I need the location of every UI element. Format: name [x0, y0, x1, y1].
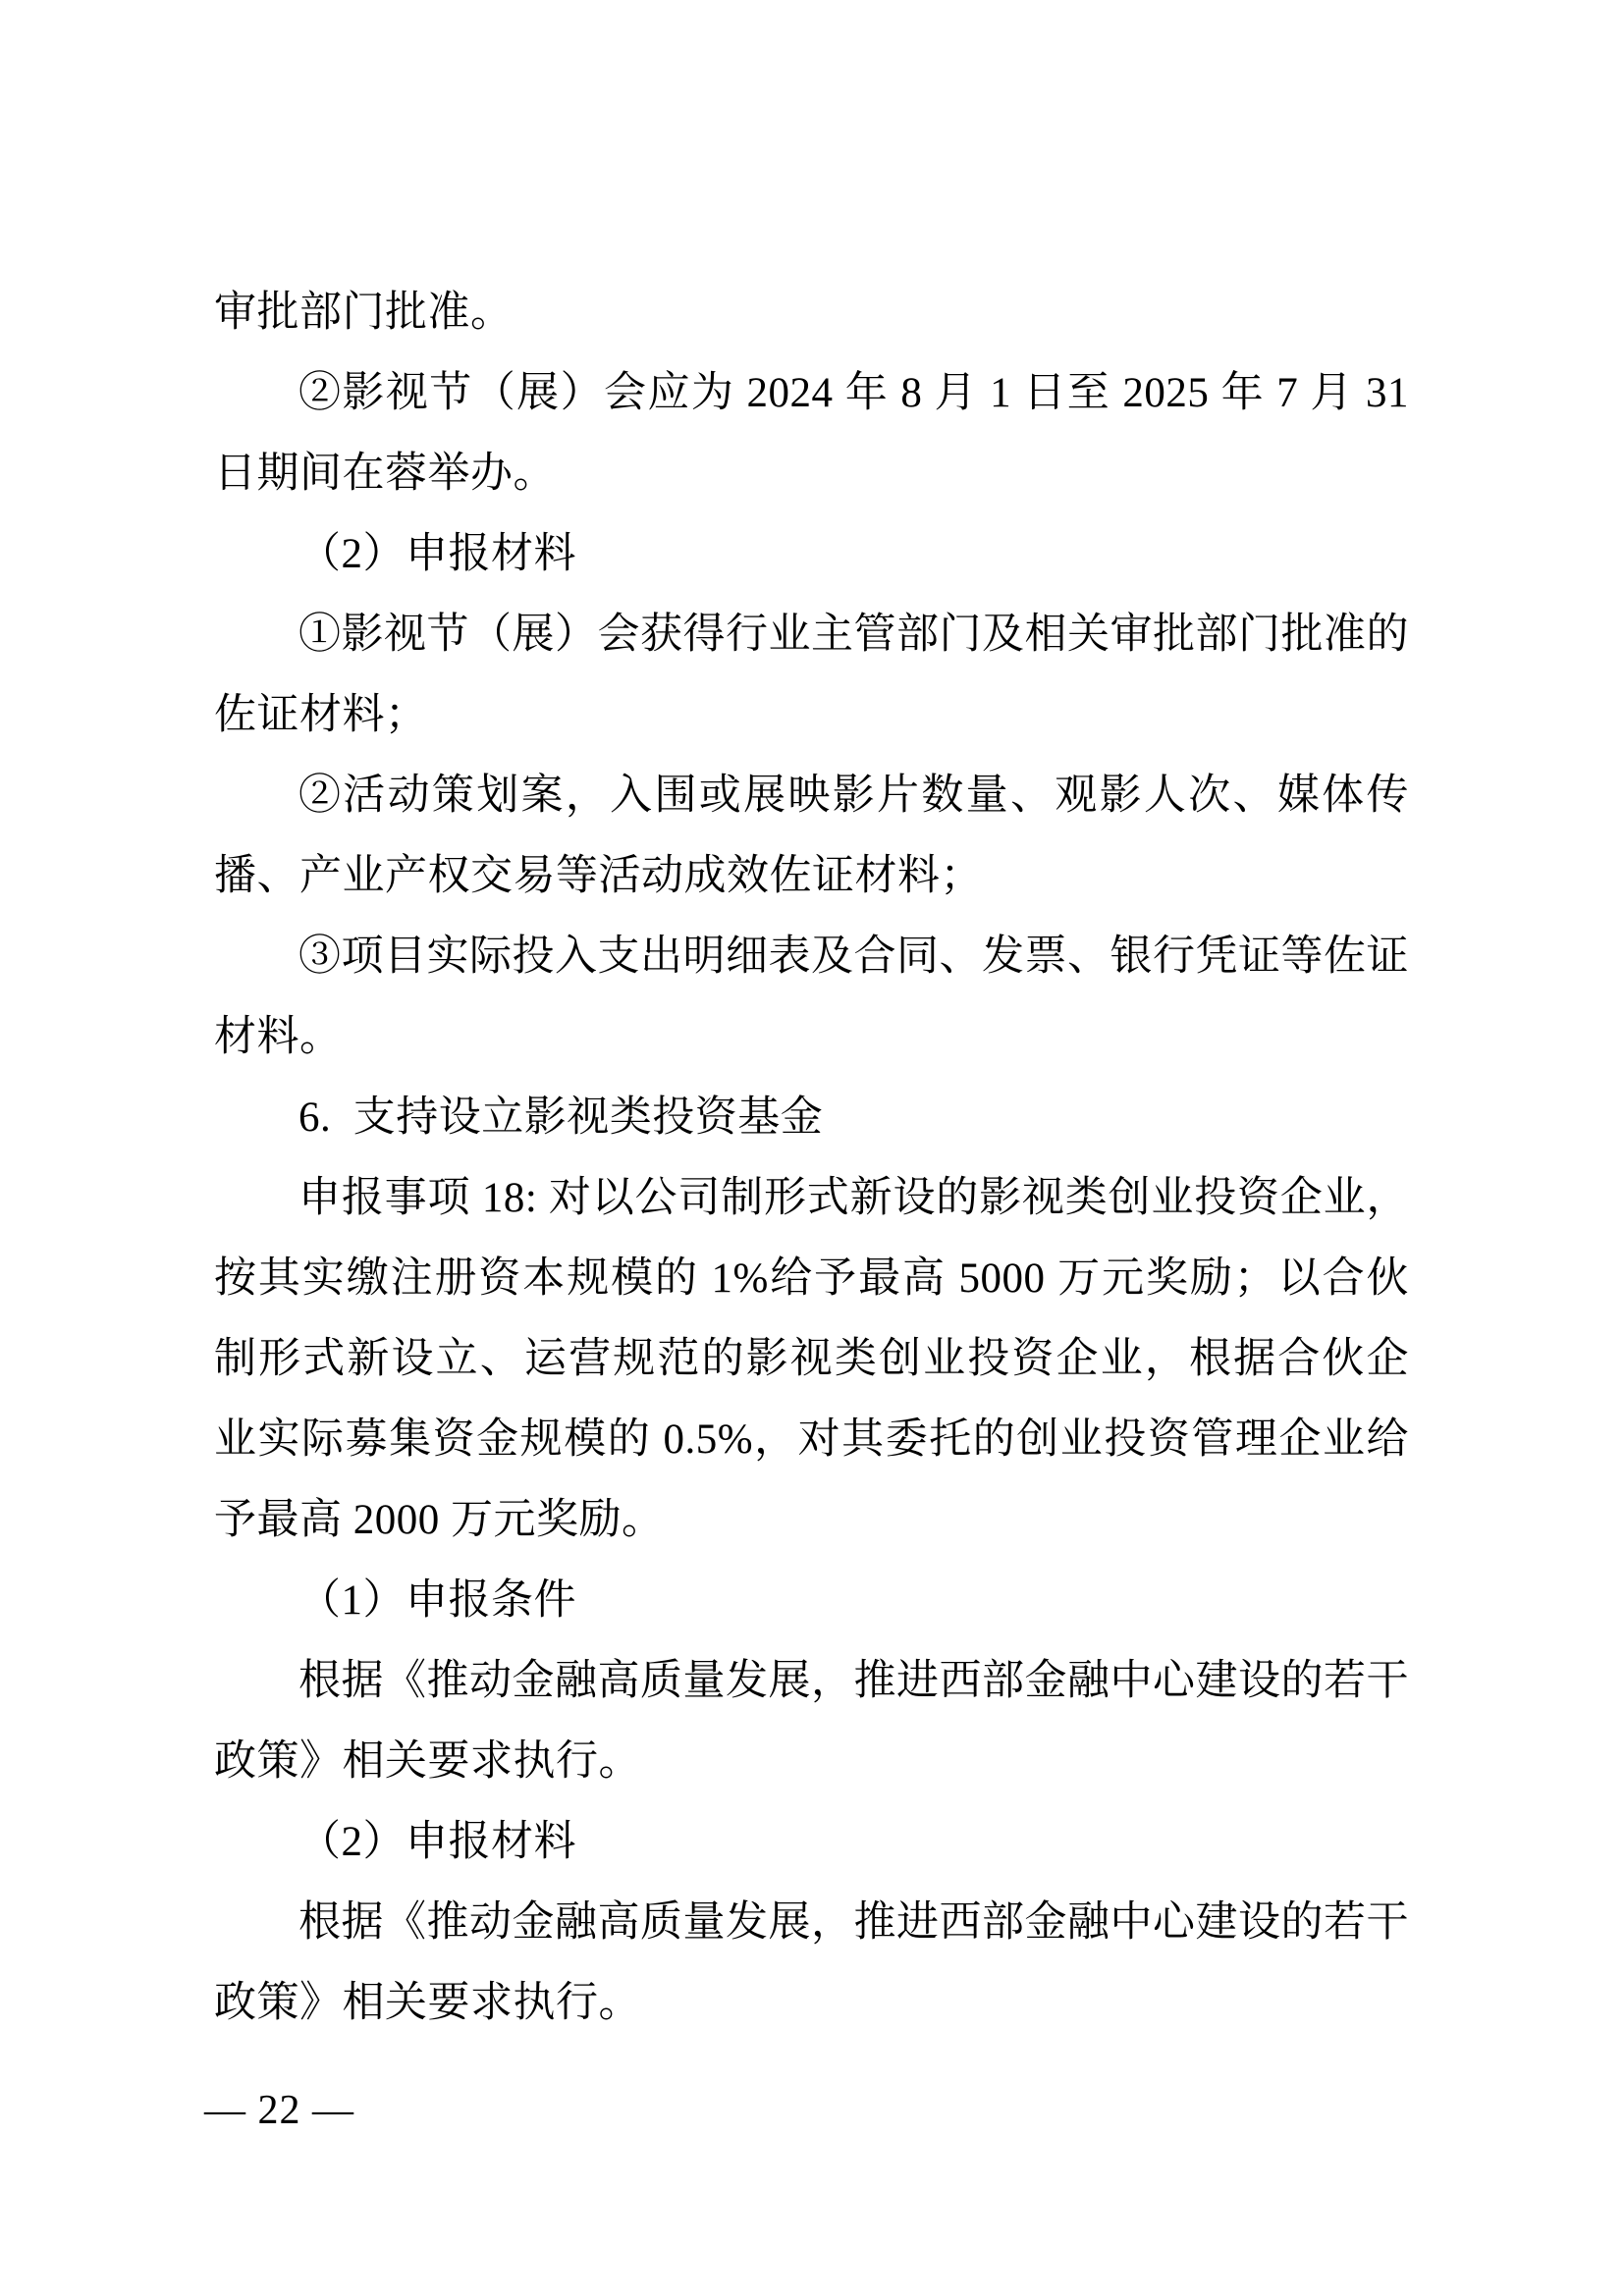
section-heading-6: 6. 支持设立影视类投资基金: [214, 1078, 1409, 1158]
paragraph-declaration-item-18: 申报事项 18: 对以公司制形式新设的影视类创业投资企业，按其实缴注册资本规模的…: [214, 1158, 1409, 1561]
document-page: 审批部门批准。 ②影视节（展）会应为 2024 年 8 月 1 日至 2025 …: [0, 0, 1624, 2296]
page-number: — 22 —: [204, 2087, 354, 2134]
document-body: 审批部门批准。 ②影视节（展）会应为 2024 年 8 月 1 日至 2025 …: [214, 273, 1409, 2044]
paragraph-festival-dates: ②影视节（展）会应为 2024 年 8 月 1 日至 2025 年 7 月 31…: [214, 353, 1409, 514]
paragraph-material-item-1: ①影视节（展）会获得行业主管部门及相关审批部门批准的佐证材料；: [214, 595, 1409, 756]
paragraph-materials-heading: （2）申报材料: [214, 514, 1409, 595]
paragraph-material-item-2: ②活动策划案，入围或展映影片数量、观影人次、媒体传播、产业产权交易等活动成效佐证…: [214, 756, 1409, 917]
paragraph-conditions-heading: （1）申报条件: [214, 1561, 1409, 1641]
paragraph-material-item-3: ③项目实际投入支出明细表及合同、发票、银行凭证等佐证材料。: [214, 917, 1409, 1078]
paragraph-materials-heading-2: （2）申报材料: [214, 1802, 1409, 1883]
paragraph-materials-body-2: 根据《推动金融高质量发展，推进西部金融中心建设的若干政策》相关要求执行。: [214, 1883, 1409, 2044]
paragraph-continuation: 审批部门批准。: [214, 273, 1409, 353]
paragraph-conditions-body: 根据《推动金融高质量发展，推进西部金融中心建设的若干政策》相关要求执行。: [214, 1641, 1409, 1802]
